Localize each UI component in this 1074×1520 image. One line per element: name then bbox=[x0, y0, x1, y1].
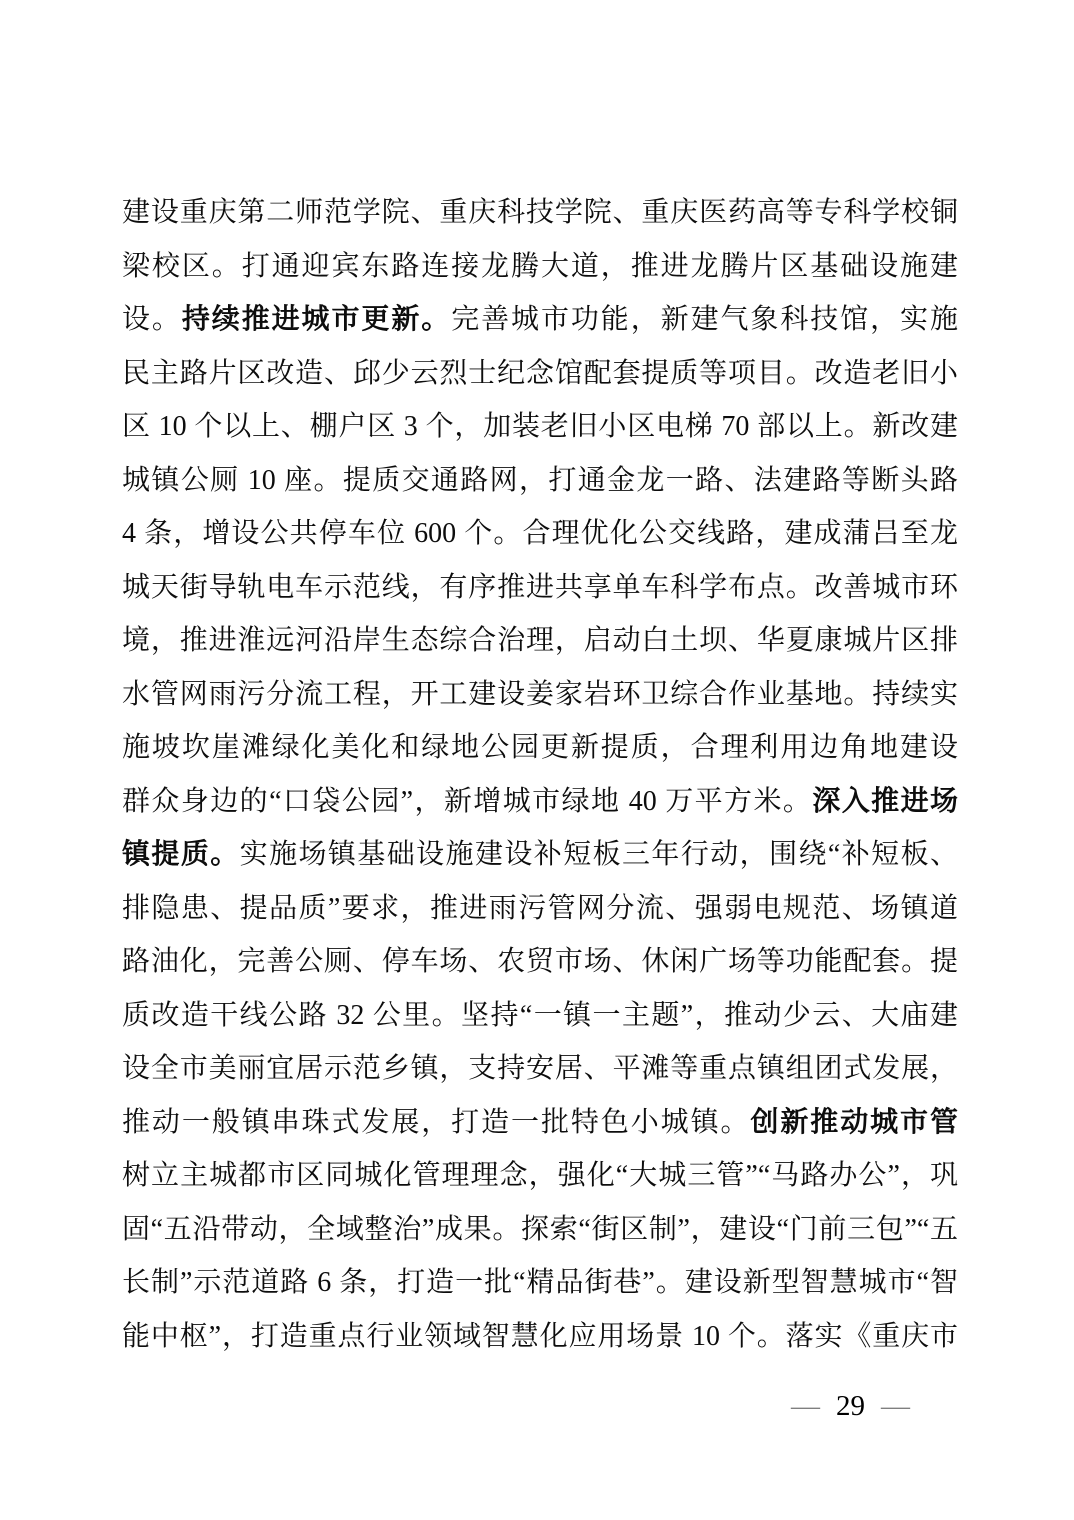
text-line: 4 条，增设公共停车位 600 个。合理优化公交线路，建成蒲吕至龙 bbox=[122, 507, 958, 561]
text-segment: 区 10 个以上、棚户区 3 个，加装老旧小区电梯 70 部以上。新改建 bbox=[122, 411, 958, 442]
text-line: 能中枢”，打造重点行业领域智慧化应用场景 10 个。落实《重庆市 bbox=[122, 1310, 958, 1364]
text-segment: 水管网雨污分流工程，开工建设姜家岩环卫综合作业基地。持续实 bbox=[122, 679, 958, 710]
text-segment: 固“五沿带动，全域整治”成果。探索“街区制”，建设“门前三包”“五 bbox=[122, 1214, 958, 1245]
document-page: 建设重庆第二师范学院、重庆科技学院、重庆医药高等专科学校铜 梁校区。打通迎宾东路… bbox=[0, 0, 1074, 1520]
text-segment: 能中枢”，打造重点行业领域智慧化应用场景 10 个。落实《重庆市 bbox=[122, 1321, 958, 1352]
text-line: 质改造干线公路 32 公里。坚持“一镇一主题”，推动少云、大庙建 bbox=[122, 989, 958, 1043]
page-number: — 29 — bbox=[791, 1390, 910, 1422]
page-number-dash-right: — bbox=[881, 1390, 910, 1422]
text-segment: 推动一般镇串珠式发展，打造一批特色小城镇。 bbox=[122, 1107, 750, 1138]
text-segment: 境，推进淮远河沿岸生态综合治理，启动白土坝、华夏康城片区排 bbox=[122, 625, 958, 656]
text-line: 建设重庆第二师范学院、重庆科技学院、重庆医药高等专科学校铜 bbox=[122, 186, 958, 240]
text-line: 设全市美丽宜居示范乡镇，支持安居、平滩等重点镇组团式发展， bbox=[122, 1042, 958, 1096]
text-segment: 设。 bbox=[122, 304, 182, 335]
text-line: 推动一般镇串珠式发展，打造一批特色小城镇。创新推动城市管理。 bbox=[122, 1096, 958, 1150]
text-segment: 城镇公厕 10 座。提质交通路网，打通金龙一路、法建路等断头路 bbox=[122, 465, 958, 496]
text-line: 排隐患、提品质”要求，推进雨污管网分流、强弱电规范、场镇道 bbox=[122, 882, 958, 936]
text-line: 设。持续推进城市更新。完善城市功能，新建气象科技馆，实施 bbox=[122, 293, 958, 347]
body-text: 建设重庆第二师范学院、重庆科技学院、重庆医药高等专科学校铜 梁校区。打通迎宾东路… bbox=[122, 186, 958, 1363]
text-line: 长制”示范道路 6 条，打造一批“精品街巷”。建设新型智慧城市“智 bbox=[122, 1256, 958, 1310]
text-line: 镇提质。实施场镇基础设施建设补短板三年行动，围绕“补短板、 bbox=[122, 828, 958, 882]
text-segment-bold: 镇提质。 bbox=[122, 839, 240, 870]
text-segment: 设全市美丽宜居示范乡镇，支持安居、平滩等重点镇组团式发展， bbox=[122, 1053, 958, 1084]
text-line: 群众身边的“口袋公园”，新增城市绿地 40 万平方米。深入推进场 bbox=[122, 775, 958, 829]
text-segment: 民主路片区改造、邱少云烈士纪念馆配套提质等项目。改造老旧小 bbox=[122, 358, 958, 389]
text-line: 城天街导轨电车示范线，有序推进共享单车科学布点。改善城市环 bbox=[122, 561, 958, 615]
text-line: 城镇公厕 10 座。提质交通路网，打通金龙一路、法建路等断头路 bbox=[122, 454, 958, 508]
page-number-dash-left: — bbox=[791, 1390, 820, 1422]
text-segment: 建设重庆第二师范学院、重庆科技学院、重庆医药高等专科学校铜 bbox=[122, 197, 958, 228]
text-segment: 群众身边的“口袋公园”，新增城市绿地 40 万平方米。 bbox=[122, 786, 812, 817]
text-line: 区 10 个以上、棚户区 3 个，加装老旧小区电梯 70 部以上。新改建 bbox=[122, 400, 958, 454]
text-segment: 质改造干线公路 32 公里。坚持“一镇一主题”，推动少云、大庙建 bbox=[122, 1000, 958, 1031]
text-line: 树立主城都市区同城化管理理念，强化“大城三管”“马路办公”，巩 bbox=[122, 1149, 958, 1203]
text-segment-bold: 深入推进场 bbox=[812, 786, 958, 817]
text-segment: 完善城市功能，新建气象科技馆，实施 bbox=[451, 304, 958, 335]
text-line: 民主路片区改造、邱少云烈士纪念馆配套提质等项目。改造老旧小 bbox=[122, 347, 958, 401]
text-segment: 施坡坎崖滩绿化美化和绿地公园更新提质，合理利用边角地建设 bbox=[122, 732, 958, 763]
text-line: 路油化，完善公厕、停车场、农贸市场、休闲广场等功能配套。提 bbox=[122, 935, 958, 989]
text-line: 梁校区。打通迎宾东路连接龙腾大道，推进龙腾片区基础设施建 bbox=[122, 240, 958, 294]
text-segment: 长制”示范道路 6 条，打造一批“精品街巷”。建设新型智慧城市“智 bbox=[122, 1267, 958, 1298]
text-segment: 排隐患、提品质”要求，推进雨污管网分流、强弱电规范、场镇道 bbox=[122, 893, 958, 924]
text-segment: 城天街导轨电车示范线，有序推进共享单车科学布点。改善城市环 bbox=[122, 572, 958, 603]
text-segment: 路油化，完善公厕、停车场、农贸市场、休闲广场等功能配套。提 bbox=[122, 946, 958, 977]
text-segment: 树立主城都市区同城化管理理念，强化“大城三管”“马路办公”，巩 bbox=[122, 1160, 958, 1191]
text-segment: 4 条，增设公共停车位 600 个。合理优化公交线路，建成蒲吕至龙 bbox=[122, 518, 958, 549]
text-line: 水管网雨污分流工程，开工建设姜家岩环卫综合作业基地。持续实 bbox=[122, 668, 958, 722]
text-segment: 实施场镇基础设施建设补短板三年行动，围绕“补短板、 bbox=[240, 839, 958, 870]
page-number-value: 29 bbox=[836, 1390, 865, 1422]
text-line: 境，推进淮远河沿岸生态综合治理，启动白土坝、华夏康城片区排 bbox=[122, 614, 958, 668]
text-segment-bold: 持续推进城市更新。 bbox=[182, 304, 451, 335]
text-line: 施坡坎崖滩绿化美化和绿地公园更新提质，合理利用边角地建设 bbox=[122, 721, 958, 775]
text-segment: 梁校区。打通迎宾东路连接龙腾大道，推进龙腾片区基础设施建 bbox=[122, 251, 958, 282]
text-line: 固“五沿带动，全域整治”成果。探索“街区制”，建设“门前三包”“五 bbox=[122, 1203, 958, 1257]
